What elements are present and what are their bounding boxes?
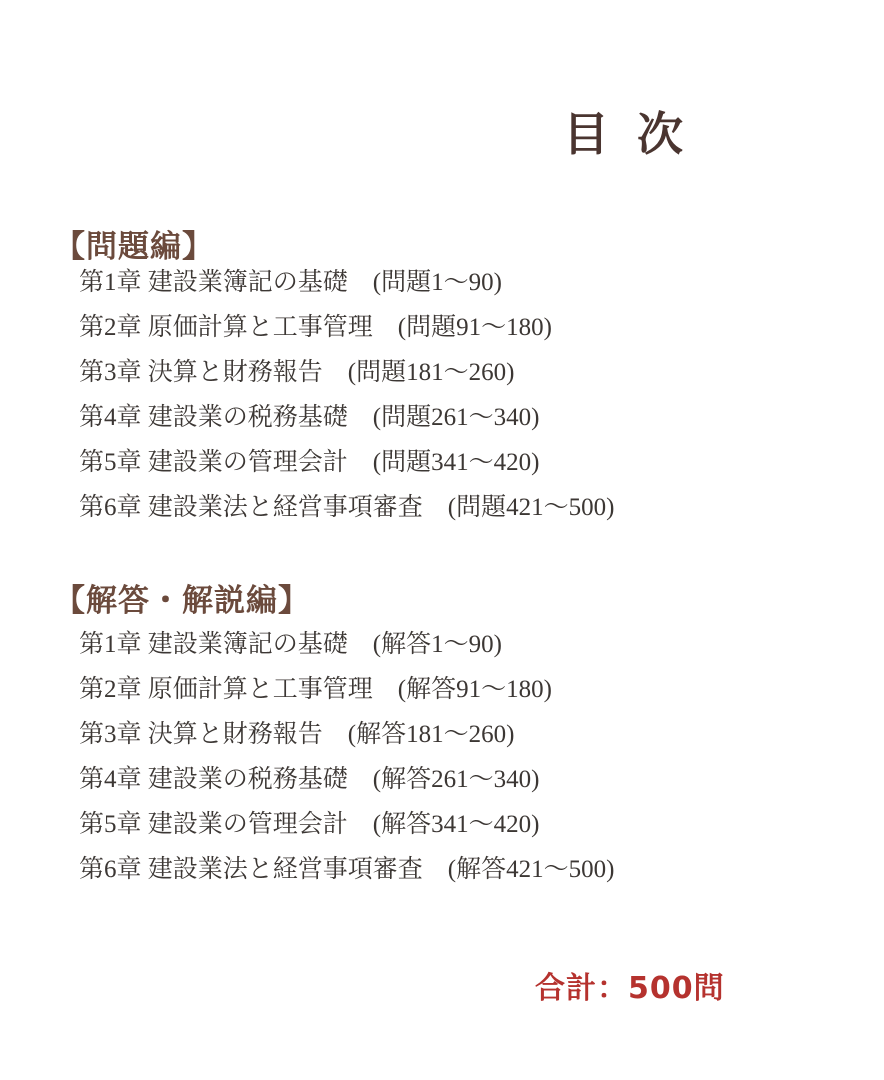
toc-item: 第5章 建設業の管理会計 (問題341〜420) — [79, 440, 614, 485]
total-questions-label: 合計：500問 — [535, 963, 725, 1007]
toc-item: 第6章 建設業法と経営事項審査 (問題421〜500) — [79, 485, 614, 530]
toc-item: 第6章 建設業法と経営事項審査 (解答421〜500) — [79, 847, 614, 892]
toc-item: 第1章 建設業簿記の基礎 (解答1〜90) — [79, 622, 614, 667]
page-title: 目 次 — [563, 98, 689, 164]
toc-list-answers: 第1章 建設業簿記の基礎 (解答1〜90) 第2章 原価計算と工事管理 (解答9… — [79, 622, 614, 892]
toc-item: 第2章 原価計算と工事管理 (問題91〜180) — [79, 305, 614, 350]
toc-item: 第3章 決算と財務報告 (解答181〜260) — [79, 712, 614, 757]
toc-page: 目 次 【問題編】 第1章 建設業簿記の基礎 (問題1〜90) 第2章 原価計算… — [0, 0, 884, 1080]
toc-item: 第3章 決算と財務報告 (問題181〜260) — [79, 350, 614, 395]
toc-item: 第5章 建設業の管理会計 (解答341〜420) — [79, 802, 614, 847]
toc-item: 第4章 建設業の税務基礎 (解答261〜340) — [79, 757, 614, 802]
toc-list-problems: 第1章 建設業簿記の基礎 (問題1〜90) 第2章 原価計算と工事管理 (問題9… — [79, 260, 614, 530]
section-heading-answers: 【解答・解説編】 — [54, 575, 310, 620]
toc-item: 第2章 原価計算と工事管理 (解答91〜180) — [79, 667, 614, 712]
toc-item: 第4章 建設業の税務基礎 (問題261〜340) — [79, 395, 614, 440]
toc-item: 第1章 建設業簿記の基礎 (問題1〜90) — [79, 260, 614, 305]
